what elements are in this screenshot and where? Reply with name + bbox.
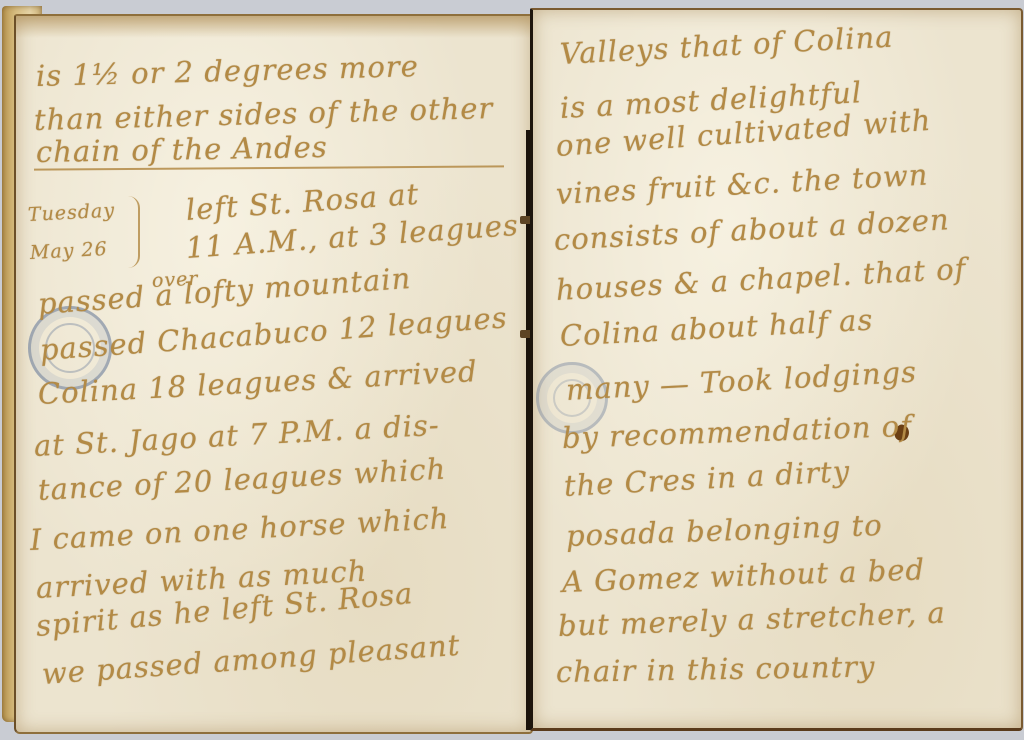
journal-spread: is 1½ or 2 degrees more than either side… — [0, 0, 1024, 740]
margin-day: Tuesday — [28, 201, 116, 225]
right-line-14: chair in this country — [556, 652, 876, 687]
left-line-3: chain of the Andes — [36, 133, 328, 167]
margin-bracket — [128, 196, 140, 268]
margin-date: May 26 — [30, 240, 109, 263]
